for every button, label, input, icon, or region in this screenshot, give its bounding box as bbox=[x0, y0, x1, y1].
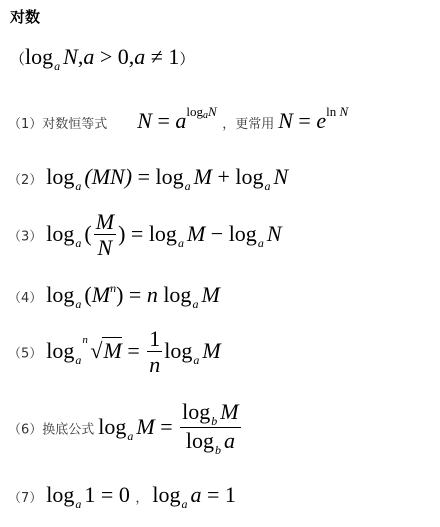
formula-1: （1）对数恒等式 N = alogaN ，更常用 N = eln N bbox=[8, 108, 348, 134]
log-condition: （logaN,a > 0,a ≠ 1） bbox=[10, 44, 194, 70]
formula-7: （7） loga1 = 0 ， logaa = 1 bbox=[8, 482, 236, 508]
formula-3: （3） loga(MN) = logaM − logaN bbox=[8, 210, 282, 261]
formula-5: （5） logan√M = 1nlogaM bbox=[8, 327, 221, 378]
formula-2: （2） loga(MN) = logaM + logaN bbox=[8, 164, 288, 190]
formula-4: （4） loga(Mn) = n logaM bbox=[8, 282, 220, 308]
formula-6: （6）换底公式 logaM = logbMlogba bbox=[8, 400, 243, 457]
section-title: 对数 bbox=[10, 6, 40, 27]
nth-root: n√M bbox=[84, 338, 121, 364]
